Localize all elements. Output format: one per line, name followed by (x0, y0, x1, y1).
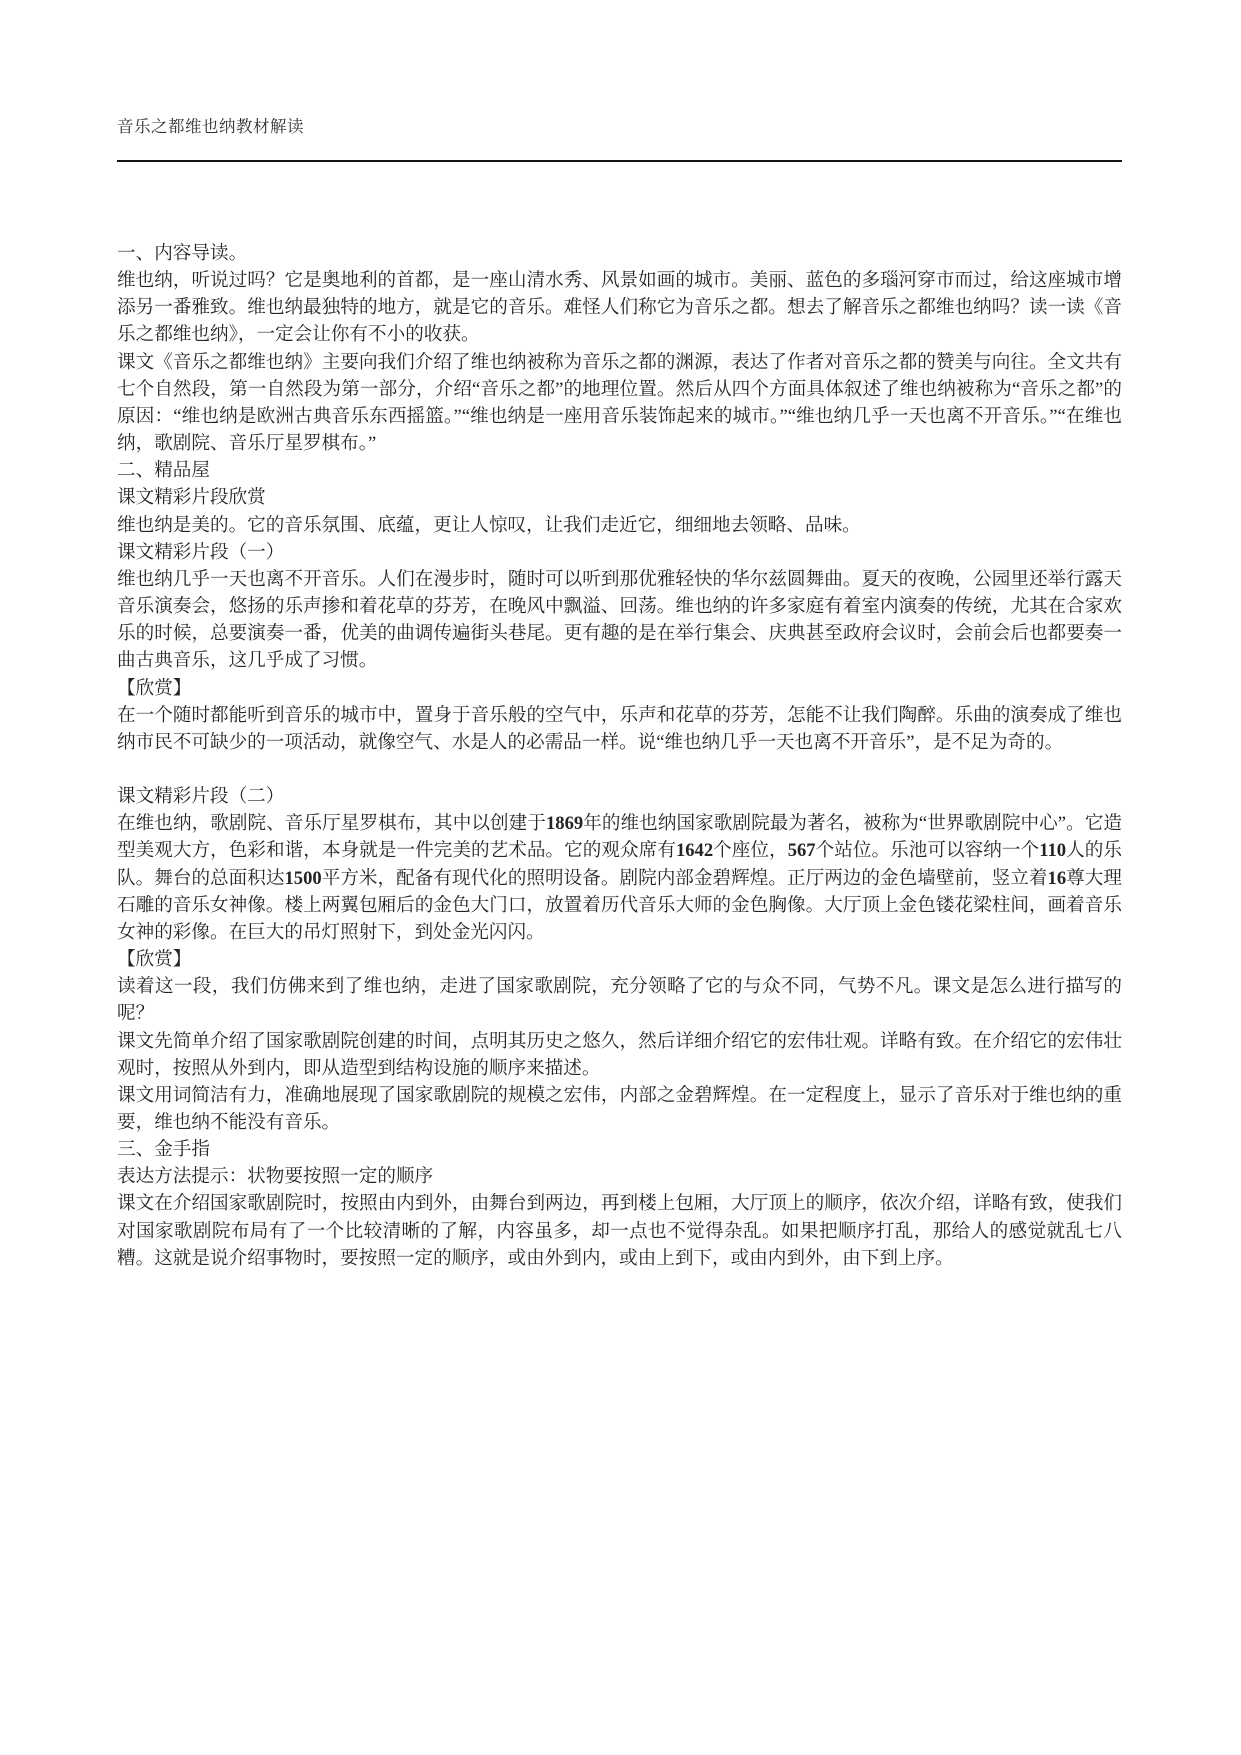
body-paragraph: 课文先简单介绍了国家歌剧院创建的时间，点明其历史之悠久，然后详细介绍它的宏伟壮观… (117, 1028, 1122, 1082)
body-paragraph: 课文《音乐之都维也纳》主要向我们介绍了维也纳被称为音乐之都的渊源，表达了作者对音… (117, 349, 1122, 458)
document-title: 音乐之都维也纳教材解读 (117, 114, 1122, 140)
document-body: 一、内容导读。 维也纳，听说过吗？它是奥地利的首都，是一座山清水秀、风景如画的城… (117, 240, 1122, 1272)
body-paragraph: 维也纳几乎一天也离不开音乐。人们在漫步时，随时可以听到那优雅轻快的华尔兹圆舞曲。… (117, 566, 1122, 675)
body-paragraph: 读着这一段，我们仿佛来到了维也纳，走进了国家歌剧院，充分领略了它的与众不同，气势… (117, 973, 1122, 1027)
header-divider (117, 160, 1122, 162)
method-hint-line: 表达方法提示：状物要按照一定的顺序 (117, 1163, 1122, 1190)
fragment-two-heading: 课文精彩片段（二） (117, 783, 1122, 810)
blank-line (117, 756, 1122, 783)
body-paragraph: 在维也纳，歌剧院、音乐厅星罗棋布，其中以创建于1869年的维也纳国家歌剧院最为著… (117, 810, 1122, 946)
section-heading-content-guide: 一、内容导读。 (117, 240, 1122, 267)
section-heading-golden-finger: 三、金手指 (117, 1136, 1122, 1163)
document-page: 音乐之都维也纳教材解读 一、内容导读。 维也纳，听说过吗？它是奥地利的首都，是一… (0, 0, 1241, 1755)
section-heading-boutique: 二、精品屋 (117, 457, 1122, 484)
body-paragraph: 课文在介绍国家歌剧院时，按照由内到外，由舞台到两边，再到楼上包厢，大厅顶上的顺序… (117, 1190, 1122, 1271)
body-paragraph: 课文用词简洁有力，准确地展现了国家歌剧院的规模之宏伟，内部之金碧辉煌。在一定程度… (117, 1082, 1122, 1136)
body-paragraph: 在一个随时都能听到音乐的城市中，置身于音乐般的空气中，乐声和花草的芬芳，怎能不让… (117, 702, 1122, 756)
subsection-heading: 课文精彩片段欣赏 (117, 484, 1122, 511)
body-paragraph: 维也纳，听说过吗？它是奥地利的首都，是一座山清水秀、风景如画的城市。美丽、蓝色的… (117, 267, 1122, 348)
fragment-one-heading: 课文精彩片段（一） (117, 539, 1122, 566)
appreciation-label: 【欣赏】 (117, 675, 1122, 702)
body-paragraph: 维也纳是美的。它的音乐氛围、底蕴，更让人惊叹，让我们走近它，细细地去领略、品味。 (117, 512, 1122, 539)
appreciation-label: 【欣赏】 (117, 946, 1122, 973)
